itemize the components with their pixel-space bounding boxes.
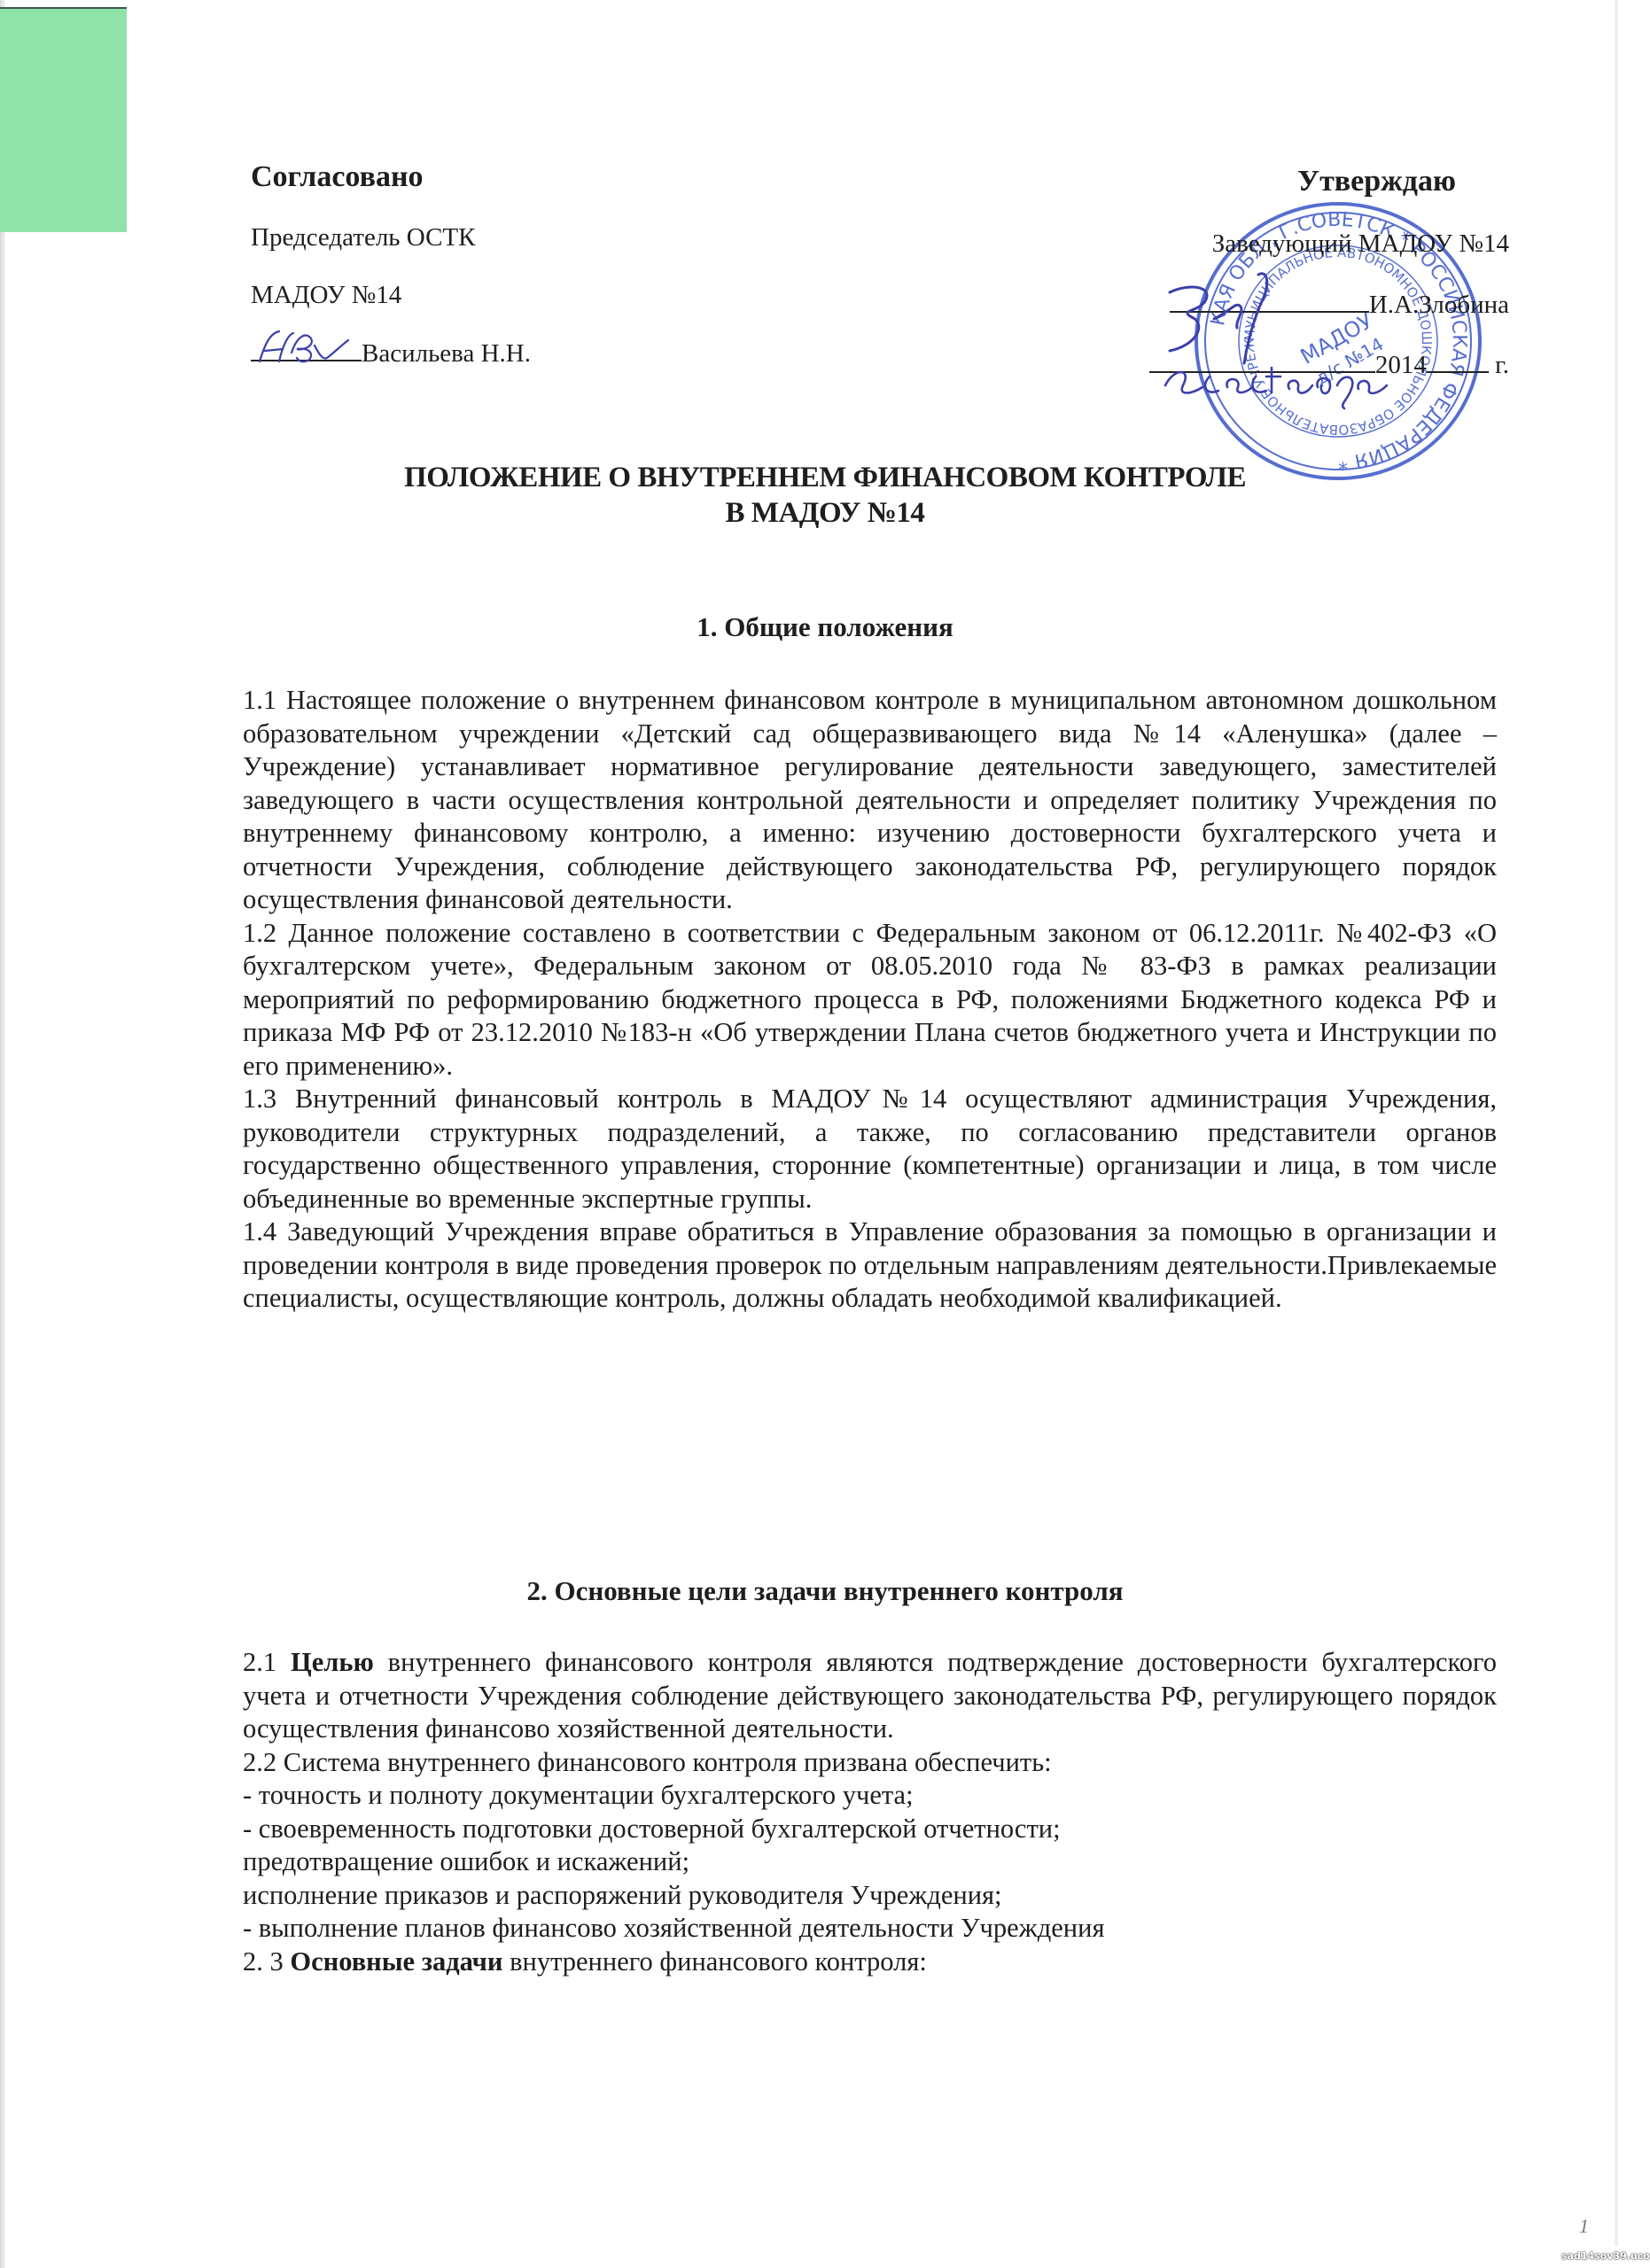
agreed-position: Председатель ОСТК	[251, 222, 623, 253]
page-number: 1	[1579, 2215, 1589, 2238]
paragraph-2-3-tasks-label: Основные задачи	[290, 1946, 502, 1977]
green-bookmark-tab	[0, 7, 127, 232]
section-2-body: 2.1 Целью внутреннего финансового контро…	[243, 1646, 1497, 1978]
document-title-line1: ПОЛОЖЕНИЕ О ВНУТРЕННЕМ ФИНАНСОВОМ КОНТРО…	[0, 461, 1650, 496]
paragraph-2-3-text: внутреннего финансового контроля:	[502, 1946, 926, 1977]
paragraph-2-3: 2. 3 Основные задачи внутреннего финансо…	[243, 1946, 1497, 1979]
paragraph-2-1-text: внутреннего финансового контроля являютс…	[243, 1647, 1497, 1744]
paragraph-1-2: 1.2 Данное положение составлено в соотве…	[243, 917, 1497, 1084]
section-1-heading: 1. Общие положения	[0, 611, 1650, 643]
approved-date-year: 2014	[1375, 351, 1427, 379]
paragraph-1-3: 1.3 Внутренний финансовый контроль в МАД…	[243, 1083, 1497, 1216]
page-right-edge	[1615, 0, 1618, 2246]
paragraph-2-3-number: 2. 3	[243, 1946, 290, 1977]
list-item: предотвращение ошибок и искажений;	[243, 1845, 1497, 1879]
approved-signatory: И.А.Злобина	[1369, 291, 1509, 319]
paragraph-2-1-number: 2.1	[243, 1647, 291, 1677]
approved-position: Заведующий МАДОУ №14	[1137, 229, 1509, 260]
page-left-edge	[0, 0, 5, 2268]
date-line	[1149, 348, 1375, 373]
approved-title: Утверждаю	[1137, 164, 1509, 200]
paragraph-2-1-goal-label: Целью	[291, 1647, 374, 1677]
paragraph-1-1: 1.1 Настоящее положение о внутреннем фин…	[243, 684, 1497, 917]
approved-signature-row: И.А.Злобина	[1137, 288, 1509, 321]
paragraph-2-2-intro: 2.2 Система внутреннего финансового конт…	[243, 1746, 1497, 1780]
signature-line	[1170, 288, 1369, 313]
agreed-signature-row: Васильева Н.Н.	[251, 337, 623, 369]
paragraph-2-1: 2.1 Целью внутреннего финансового контро…	[243, 1646, 1497, 1746]
agreed-organization: МАДОУ №14	[251, 280, 623, 311]
section-2-heading: 2. Основные цели задачи внутреннего конт…	[0, 1575, 1650, 1607]
list-item: - своевременность подготовки достоверной…	[243, 1813, 1497, 1846]
approval-block-agreed: Согласовано Председатель ОСТК МАДОУ №14 …	[251, 159, 623, 396]
agreed-title: Согласовано	[251, 159, 623, 196]
date-line-tail	[1427, 348, 1489, 373]
site-watermark: sad14sov39.ucoz.ru	[1561, 2250, 1650, 2262]
list-item: - точность и полноту документации бухгал…	[243, 1779, 1497, 1813]
paragraph-1-4: 1.4 Заведующий Учреждения вправе обратит…	[243, 1216, 1497, 1316]
document-title: ПОЛОЖЕНИЕ О ВНУТРЕННЕМ ФИНАНСОВОМ КОНТРО…	[0, 461, 1650, 531]
section-1-body: 1.1 Настоящее положение о внутреннем фин…	[243, 684, 1497, 1316]
approved-date-row: 2014 г.	[1137, 348, 1509, 381]
document-title-line2: В МАДОУ №14	[0, 496, 1650, 532]
list-item: - выполнение планов финансово хозяйствен…	[243, 1912, 1497, 1946]
approval-block-approved: Утверждаю Заведующий МАДОУ №14 И.А.Злоби…	[1137, 164, 1509, 409]
list-item: исполнение приказов и распоряжений руков…	[243, 1879, 1497, 1913]
agreed-signatory: Васильева Н.Н.	[362, 339, 531, 368]
signature-line	[251, 337, 362, 361]
approved-date-suffix: г.	[1495, 351, 1509, 379]
